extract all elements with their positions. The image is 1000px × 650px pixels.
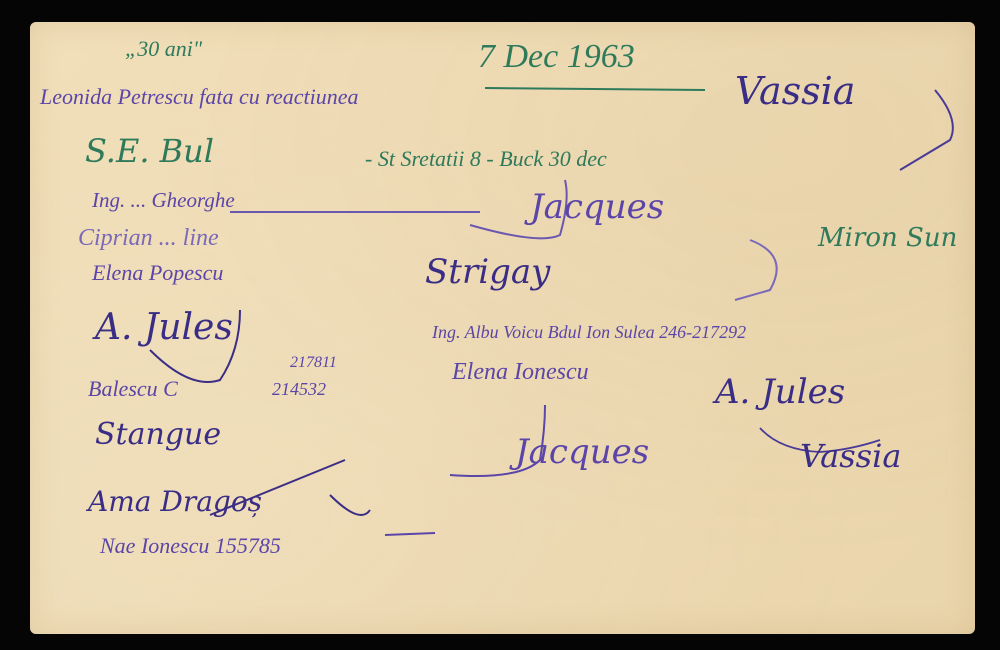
line-stangue: Stangue [95, 420, 221, 450]
signature-bottom-left: Ama Dragoș [88, 488, 262, 516]
line-ing-gheorghe: Ing. ... Gheorghe [92, 190, 235, 211]
signature-vassia-bottom: Vassia [800, 440, 901, 472]
line-address: - St Sretatii 8 - Buck 30 dec [365, 148, 607, 170]
line-phone-2: 214532 [272, 380, 326, 398]
signature-green-2: Miron Sun [818, 225, 957, 251]
signature-jacques-1: Jacques [530, 190, 664, 224]
line-leonida: Leonida Petrescu fata cu reactiunea [40, 86, 359, 108]
signature-strigay: Strigay [425, 255, 550, 289]
header-date: 7 Dec 1963 [478, 40, 635, 74]
line-elena-popescu: Elena Popescu [92, 262, 223, 284]
line-ing-albu: Ing. Albu Voicu Bdul Ion Sulea 246-21729… [432, 323, 746, 341]
line-phone-1: 217811 [290, 355, 337, 371]
signature-a-jules-2: A. Jules [715, 375, 845, 409]
header-quote: „30 ani" [125, 38, 202, 60]
line-nae-ionescu: Nae Ionescu 155785 [100, 535, 281, 557]
signature-vassia-top: Vassia [735, 72, 855, 110]
signature-green-1: S.E. Bul [85, 135, 214, 167]
line-4: Ciprian ... line [78, 226, 219, 250]
signature-a-jules-1: A. Jules [95, 310, 233, 346]
line-balescu: Balescu C [88, 378, 178, 400]
signature-jacques-2: Jacques [515, 435, 649, 469]
line-elena-ionescu: Elena Ionescu [452, 360, 589, 384]
